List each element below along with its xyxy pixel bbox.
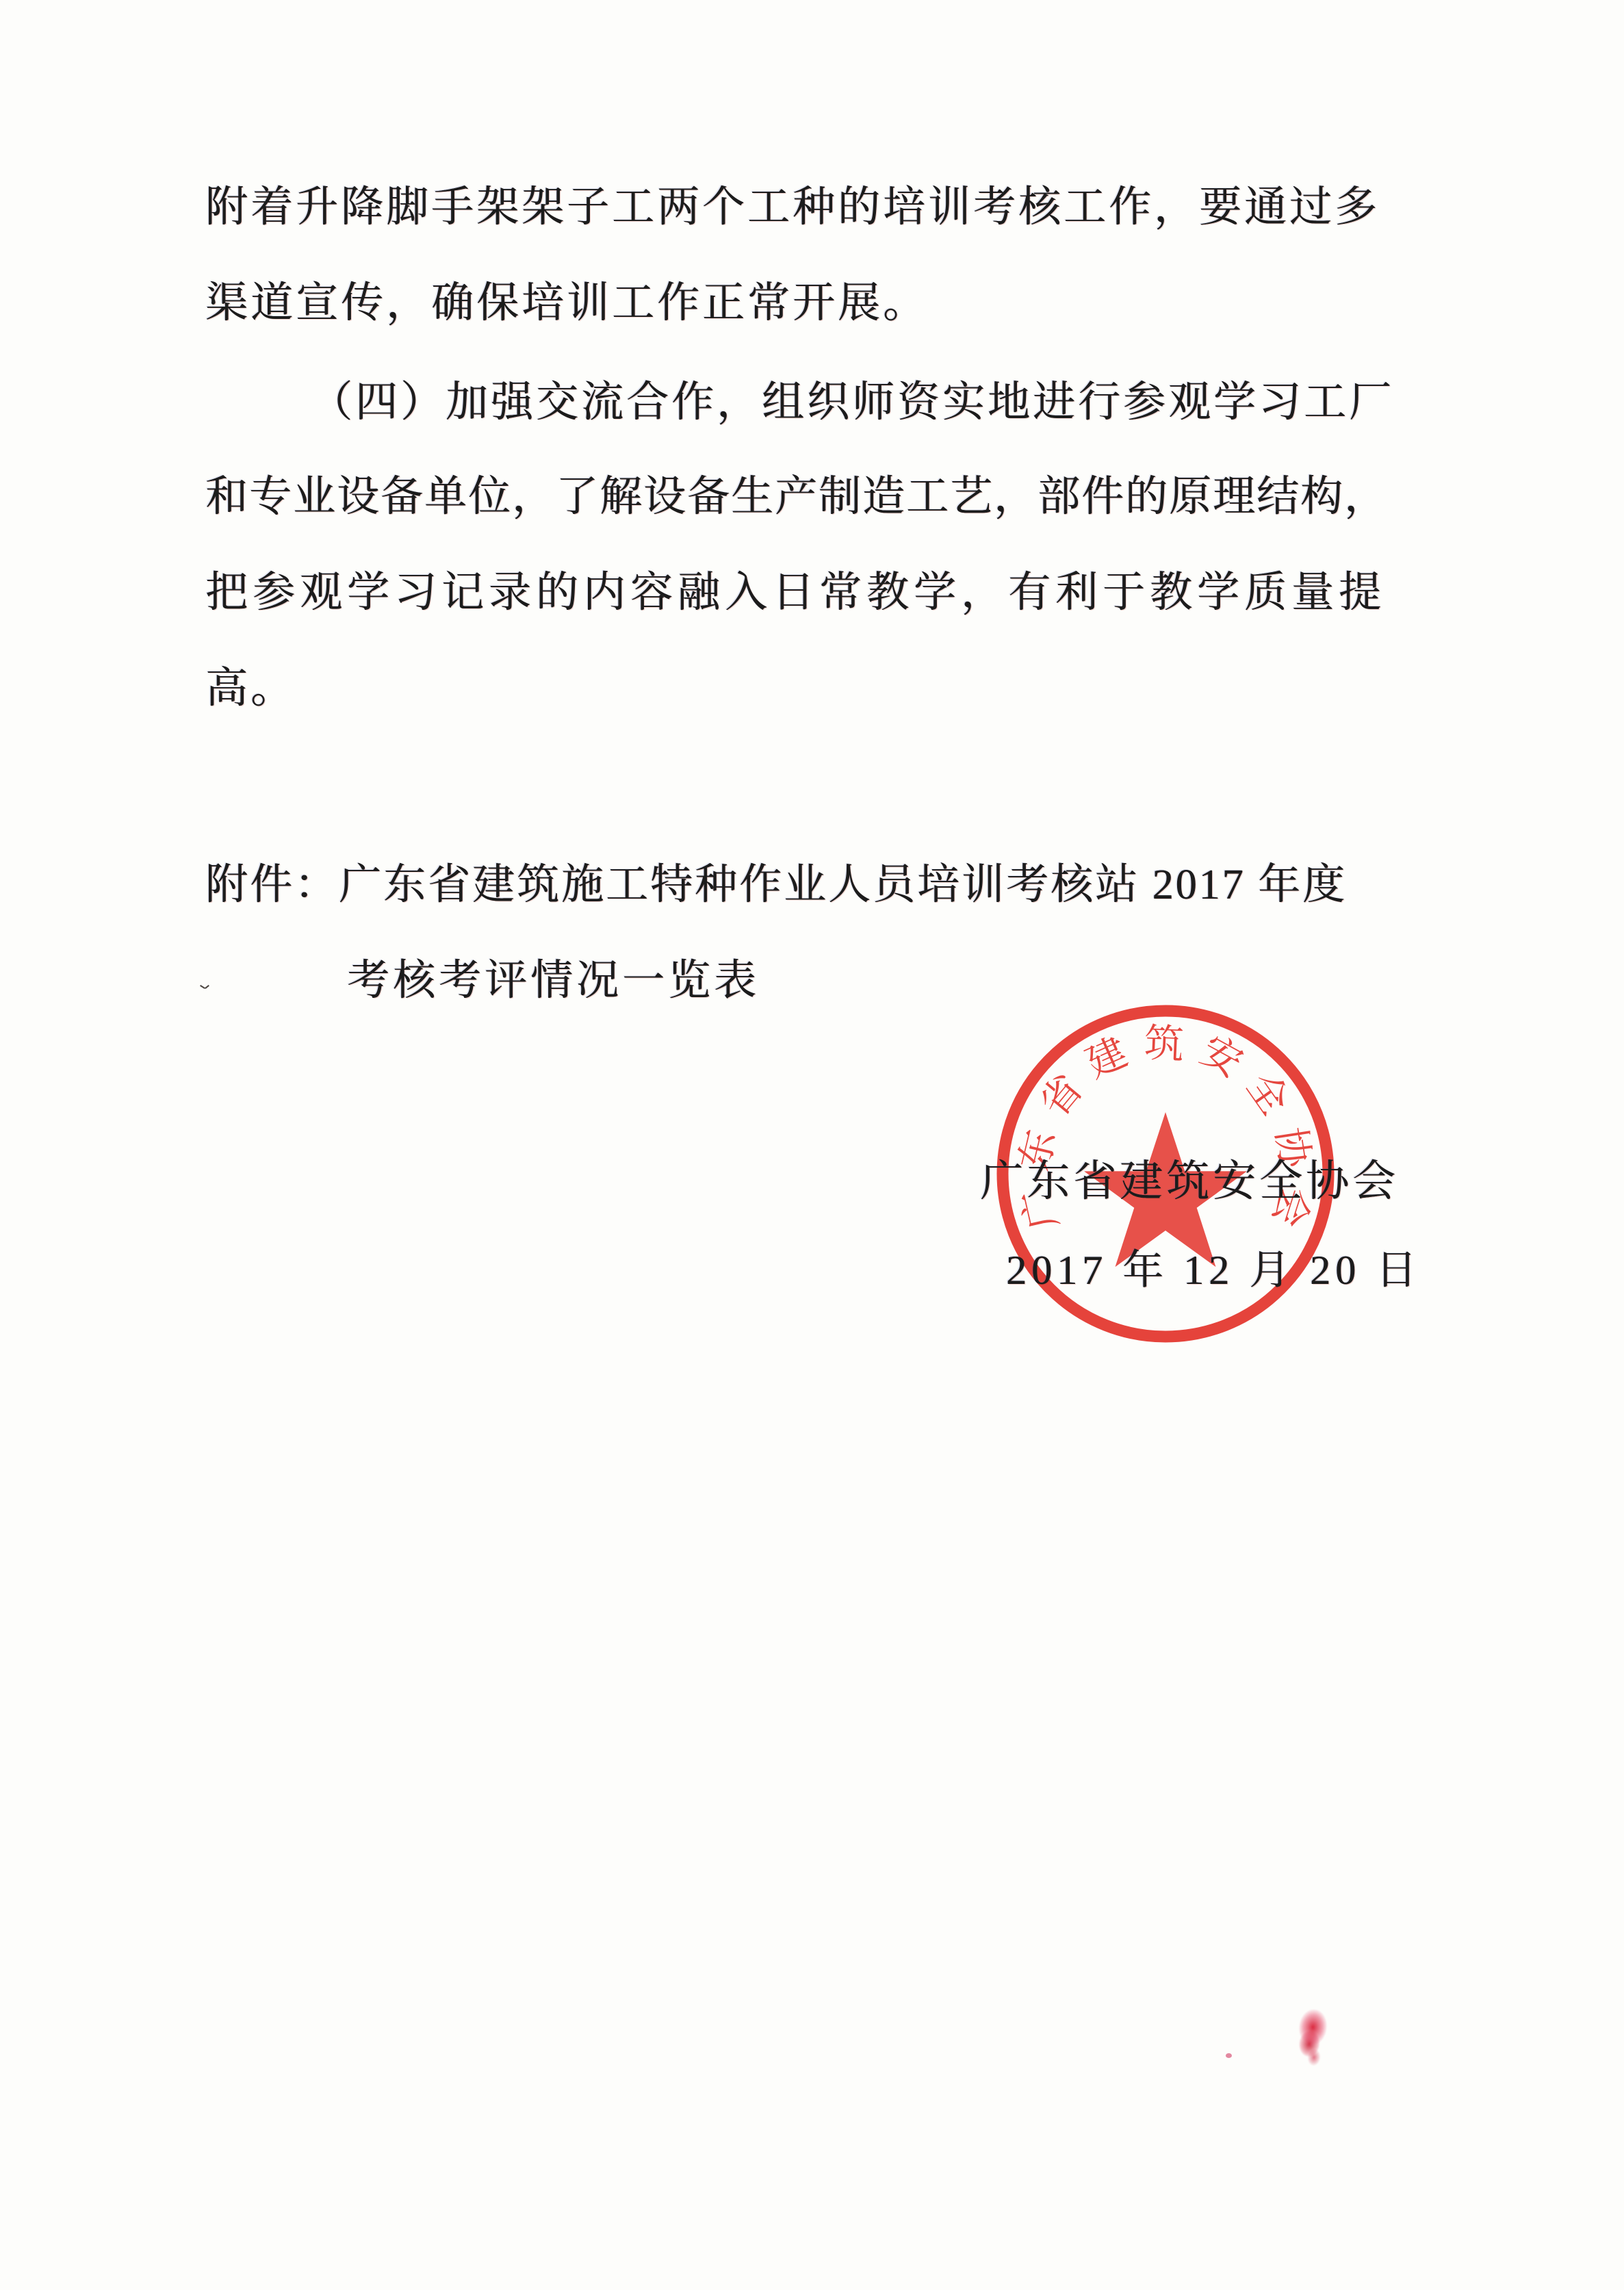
signature-organization: 广东省建筑安全协会 bbox=[980, 1160, 1399, 1203]
body-line-2: 渠道宣传，确保培训工作正常开展。 bbox=[205, 282, 928, 324]
body-line-4: 和专业设备单位，了解设备生产制造工艺，部件的原理结构， bbox=[205, 476, 1388, 518]
attachment-line-2: 考核考评情况一览表 bbox=[347, 960, 760, 1002]
body-line-1: 附着升降脚手架架子工两个工种的培训考核工作，要通过多 bbox=[205, 186, 1380, 229]
red-ink-speck bbox=[1226, 2053, 1232, 2058]
body-line-6: 高。 bbox=[205, 667, 296, 710]
body-line-5: 把参观学习记录的内容融入日常教学，有利于教学质量提 bbox=[205, 571, 1386, 614]
scan-mark bbox=[200, 984, 211, 991]
red-ink-smudge bbox=[1294, 2008, 1332, 2068]
signature-date: 2017 年 12 月 20 日 bbox=[1006, 1250, 1421, 1291]
scanned-document-page: 附着升降脚手架架子工两个工种的培训考核工作，要通过多 渠道宣传，确保培训工作正常… bbox=[0, 0, 1624, 2290]
attachment-line-1: 附件：广东省建筑施工特种作业人员培训考核站 2017 年度 bbox=[205, 864, 1347, 906]
body-line-3-indented: （四）加强交流合作，组织师资实地进行参观学习工厂 bbox=[310, 381, 1394, 424]
